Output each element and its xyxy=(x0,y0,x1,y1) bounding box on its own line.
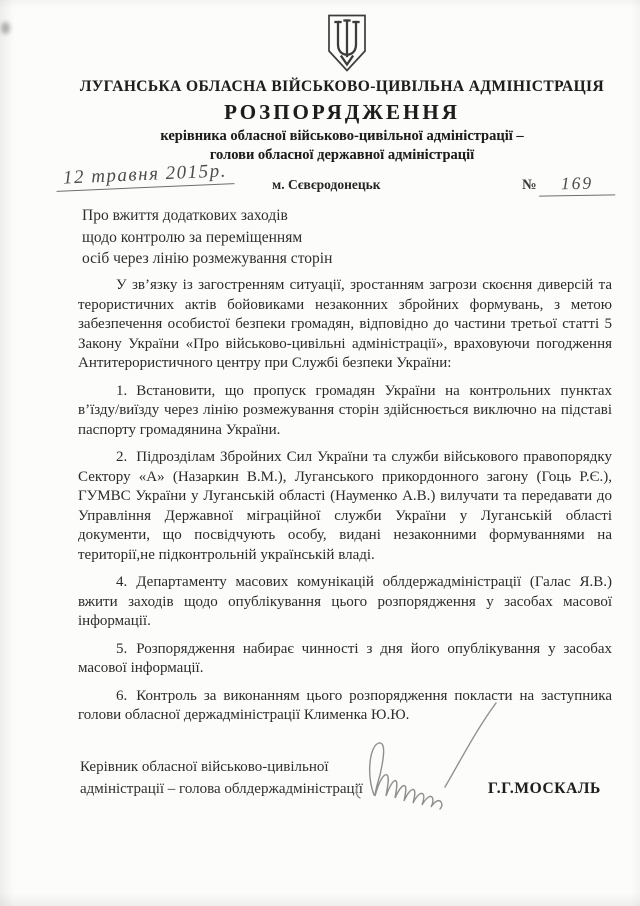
document-type-title: РОЗПОРЯДЖЕННЯ xyxy=(44,100,640,125)
item-number: 5. xyxy=(116,641,127,657)
organization-name: ЛУГАНСЬКА ОБЛАСНА ВІЙСЬКОВО-ЦИВІЛЬНА АДМ… xyxy=(44,78,640,96)
signatory-position: Керівник обласної військово-цивільної ад… xyxy=(80,757,363,800)
item-number: 1. xyxy=(116,383,127,399)
decree-item-1: 1.Встановити, що пропуск громадян Україн… xyxy=(78,382,612,441)
decree-body: У зв’язку із загостренням ситуації, зрос… xyxy=(78,276,612,734)
subject-line-2: щодо контролю за переміщенням xyxy=(82,227,332,249)
document-subtitle: керівника обласної військово-цивільної а… xyxy=(44,127,640,164)
item-text: Департаменту масових комунікацій облдерж… xyxy=(78,574,612,629)
scanned-decree-page: ЛУГАНСЬКА ОБЛАСНА ВІЙСЬКОВО-ЦИВІЛЬНА АДМ… xyxy=(0,0,640,906)
item-text: Встановити, що пропуск громадян України … xyxy=(78,383,612,438)
number-sign: № xyxy=(522,177,537,193)
handwritten-date: 12 травня 2015р. xyxy=(56,160,235,192)
city-label: м. Сєвєродонецьк xyxy=(272,177,381,193)
document-number: №169 xyxy=(522,173,615,196)
handwritten-signature xyxy=(350,695,505,815)
item-number: 4. xyxy=(116,574,127,590)
date-city-number-row: 12 травня 2015р. м. Сєвєродонецьк №169 xyxy=(0,160,640,206)
subject-line-3: осіб через лінію розмежування сторін xyxy=(82,248,332,270)
subject-line-1: Про вжиття додаткових заходів xyxy=(82,205,332,227)
item-text: Підрозділам Збройних Сил України та служ… xyxy=(78,449,612,563)
scan-artifact-smudge xyxy=(1,22,10,34)
decree-item-2: 2.Підрозділам Збройних Сил України та сл… xyxy=(78,448,612,565)
item-number: 6. xyxy=(116,688,127,704)
ukraine-trident-icon xyxy=(322,13,372,73)
decree-item-5: 5.Розпорядження набирає чинності з дня й… xyxy=(78,640,612,679)
item-text: Розпорядження набирає чинності з дня йог… xyxy=(78,641,612,677)
position-line-2: адміністрації – голова облдержадміністра… xyxy=(80,779,363,801)
position-line-1: Керівник обласної військово-цивільної xyxy=(80,757,363,779)
document-header: ЛУГАНСЬКА ОБЛАСНА ВІЙСЬКОВО-ЦИВІЛЬНА АДМ… xyxy=(44,78,640,164)
decree-item-4: 4.Департаменту масових комунікацій облде… xyxy=(78,573,612,632)
handwritten-number: 169 xyxy=(538,172,614,196)
decree-item-6: 6.Контроль за виконанням цього розпорядж… xyxy=(78,687,612,726)
intro-paragraph: У зв’язку із загостренням ситуації, зрос… xyxy=(78,276,612,374)
signatory-name: Г.Г.МОСКАЛЬ xyxy=(488,780,601,798)
item-text: Контроль за виконанням цього розпоряджен… xyxy=(78,688,612,724)
subject-block: Про вжиття додаткових заходів щодо контр… xyxy=(82,205,332,270)
subtitle-line-1: керівника обласної військово-цивільної а… xyxy=(44,127,640,146)
item-number: 2. xyxy=(116,449,127,465)
